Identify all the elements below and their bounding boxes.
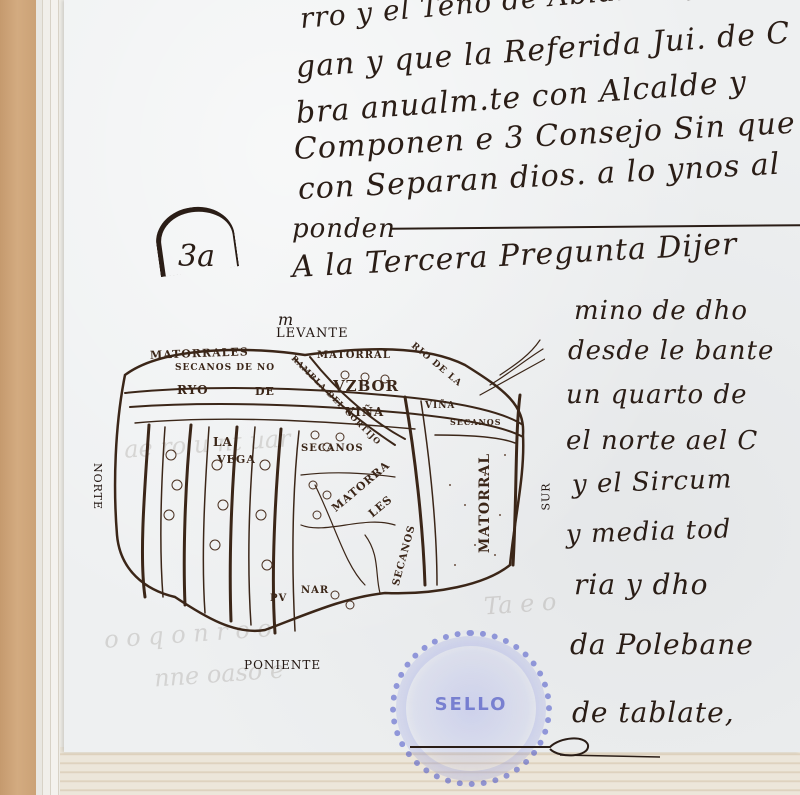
marginal-number: 3a bbox=[178, 239, 215, 274]
map-cardinal-norte: NORTE bbox=[91, 463, 104, 510]
map-cardinal-poniente: PONIENTE bbox=[244, 658, 321, 672]
map-label: SECANOS bbox=[301, 443, 364, 454]
map-label: RYO bbox=[177, 383, 209, 397]
map-label: VIÑA bbox=[425, 401, 455, 411]
map-label: SECANOS bbox=[450, 417, 502, 427]
map-label: VIÑA bbox=[345, 405, 384, 419]
handwritten-line: un quarto de bbox=[566, 380, 747, 410]
handwritten-line: de tablate, bbox=[572, 696, 735, 729]
map-label: DE bbox=[255, 385, 275, 398]
map-label: SECANOS DE NO bbox=[175, 363, 275, 373]
map-label: VEGA bbox=[217, 453, 256, 466]
handwritten-line: el norte ael C bbox=[566, 426, 758, 456]
hand-drawn-map: MATORRALES SECANOS DE NO RYO DE VZBOR MA… bbox=[105, 335, 545, 640]
handwritten-line: y el Sircum bbox=[571, 464, 732, 500]
map-label: LA bbox=[213, 435, 233, 449]
map-label: MATORRAL bbox=[317, 350, 391, 361]
map-label: VZBOR bbox=[333, 377, 399, 395]
handwritten-line: desde le bante bbox=[568, 336, 774, 366]
handwritten-line: y media tod bbox=[565, 514, 731, 550]
stamp-text: SELLO bbox=[396, 694, 546, 715]
handwritten-line: mino de dho bbox=[574, 296, 748, 326]
map-label: NAR bbox=[301, 585, 329, 596]
signature-flourish bbox=[410, 735, 660, 765]
handwritten-line: ria y dho bbox=[574, 568, 708, 601]
handwritten-line: da Polebane bbox=[570, 628, 754, 661]
handwritten-line: ponden bbox=[292, 214, 396, 244]
map-label: MATORRAL bbox=[477, 453, 493, 553]
map-label: PV bbox=[270, 593, 287, 604]
marginal-page-marker: 3a bbox=[150, 205, 260, 285]
